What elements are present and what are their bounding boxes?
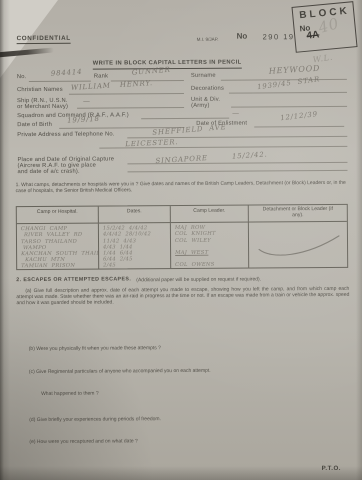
date-of-birth-label: Date of Birth [17, 122, 52, 128]
rank-value: GUNNER [132, 66, 171, 77]
unit-label-line2: (Army) [191, 103, 210, 109]
decorations-value: 1939/45 STAR [257, 75, 321, 91]
question-c-text: (c) Give Regimental particulars of anyon… [29, 368, 211, 375]
side-pencil-note: W.L. [312, 53, 334, 65]
table-row: TAMUAN PRISON [21, 262, 98, 269]
no-label: No. [17, 74, 27, 80]
stamp-no-label: No [299, 23, 310, 33]
no-value: 984414 [51, 68, 83, 78]
capture-label-line3: and date of a/c crash). [18, 169, 80, 175]
col-header-camp: Camp or Hospital. [17, 207, 99, 224]
form-line [229, 92, 347, 94]
escapes-heading: 2. ESCAPES OR ATTEMPTED ESCAPES. [16, 276, 131, 283]
dates-column: 15/2/42 4/4/42 4/4/42 28/10/42 11/42 4/4… [99, 223, 171, 268]
date-of-birth-value: 19/9/18 [67, 115, 100, 125]
question-1-text: 1. What camps, detachments or hospitals … [16, 180, 351, 195]
number-label: No [237, 32, 248, 41]
form-content: CONFIDENTIAL M.I. 9/JAP. No 290 19 4A W.… [0, 0, 362, 480]
question-b-text: (b) Were you physically fit when you mad… [29, 345, 161, 352]
camps-table-body: CHANGI CAMP RIVER VALLEY RD TARSO THAILA… [17, 222, 347, 269]
decorations-label: Decorations [191, 86, 224, 92]
pto-label: P.T.O. [322, 465, 341, 472]
block-number-stamp: BLOCK No 40 [291, 1, 357, 53]
col-header-detachment: Detachment or Block Leader (if any). [249, 205, 347, 222]
surname-value: HEYWOOD [269, 64, 321, 76]
question-c2-text: What happened to them ? [41, 391, 99, 397]
escapes-heading-note: (Additional paper will be supplied on re… [136, 276, 261, 283]
table-row: 2/45 [103, 262, 170, 269]
form-line [77, 107, 184, 109]
private-address-label: Private Address and Telephone No. [17, 131, 114, 138]
ship-value: — [83, 98, 91, 106]
table-row: COL OWENS [175, 261, 248, 268]
surname-label: Surname [191, 73, 216, 79]
ship-label-line2: or Merchant Navy) [17, 104, 68, 110]
address-value-line1: SHEFFIELD AVE [152, 123, 227, 137]
col-header-leader: Camp Leader. [171, 206, 249, 223]
col-header-dates: Dates. [99, 206, 171, 223]
confidential-marking: CONFIDENTIAL [17, 35, 71, 44]
rank-label: Rank [94, 74, 108, 80]
camps-table: Camp or Hospital. Dates. Camp Leader. De… [16, 204, 348, 270]
enlistment-value: 12/12/39 [280, 110, 318, 122]
question-e-text: (e) How were you recaptured and on what … [29, 438, 137, 445]
case-number: 290 19 [263, 32, 295, 41]
camp-column: CHANGI CAMP RIVER VALLEY RD TARSO THAILA… [17, 224, 99, 269]
squadron-value: — [232, 110, 240, 118]
no-detachment-mark [251, 226, 347, 267]
christian-names-label: Christian Names [17, 87, 63, 93]
form-line [254, 126, 344, 128]
form-line [231, 106, 347, 108]
stamp-hand-number: 40 [316, 14, 341, 37]
form-line [29, 81, 91, 82]
form-reference: M.I. 9/JAP. [197, 37, 219, 42]
question-a-text: (a) Give full description and approx. da… [16, 286, 349, 307]
form-line [128, 170, 348, 173]
scanned-pow-form: CONFIDENTIAL M.I. 9/JAP. No 290 19 4A W.… [0, 0, 362, 480]
form-line [141, 118, 229, 120]
leader-column: MAJ ROW COL KNIGHT COL WILEY MAJ WEST CO… [171, 223, 249, 268]
question-d-text: (d) Give briefly your experiences during… [29, 416, 161, 423]
form-line [69, 93, 184, 95]
detachment-column [249, 222, 347, 267]
